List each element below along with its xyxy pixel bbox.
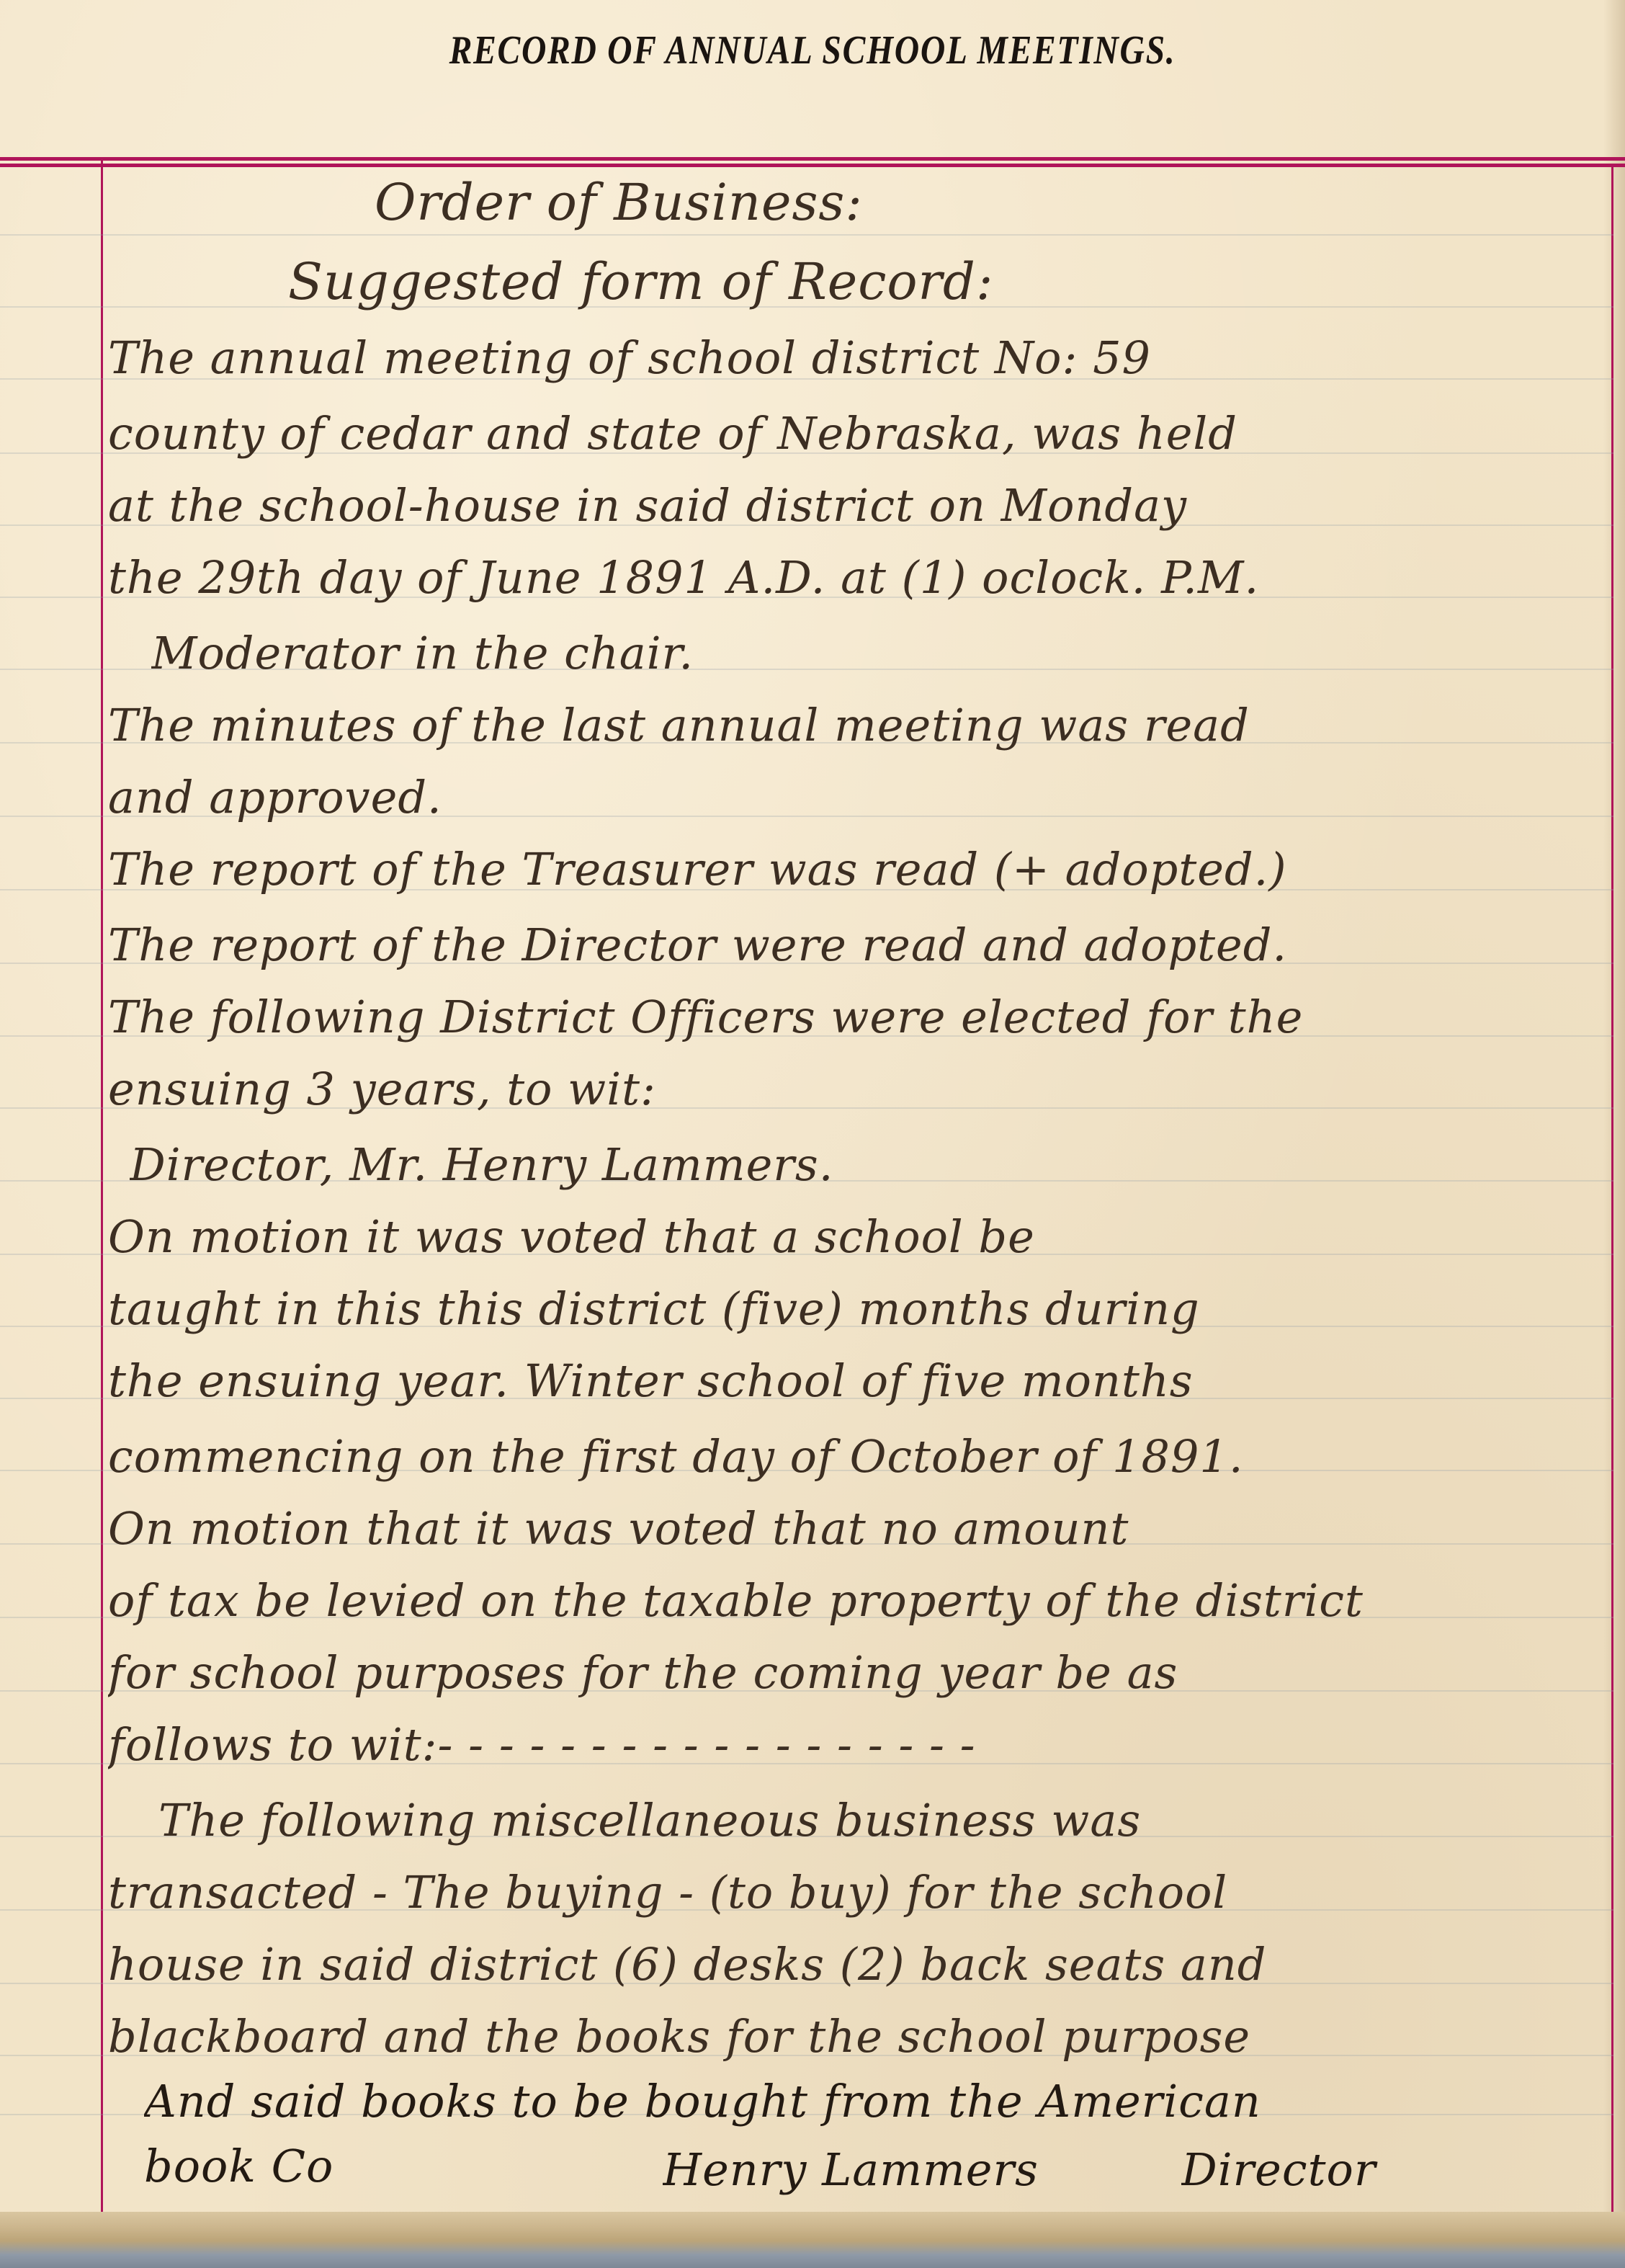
heading-order-of-business: Order of Business:	[375, 173, 1625, 232]
record-line: The minutes of the last annual meeting w…	[108, 699, 1606, 751]
signature-name: Henry Lammers	[663, 2143, 1167, 2196]
record-line: On motion that it was voted that no amou…	[108, 1502, 1606, 1555]
record-line: The report of the Treasurer was read (+ …	[108, 843, 1606, 896]
record-line: house in said district (6) desks (2) bac…	[108, 1938, 1606, 1991]
heading-suggested-form: Suggested form of Record:	[288, 252, 1625, 311]
record-line: Moderator in the chair.	[151, 627, 1625, 679]
record-line: county of cedar and state of Nebraska, w…	[108, 407, 1606, 460]
page-edge-shadow	[1603, 0, 1625, 2226]
record-line: The report of the Director were read and…	[108, 919, 1606, 971]
record-line: the 29th day of June 1891 A.D. at (1) oc…	[108, 551, 1606, 604]
record-line: Director, Mr. Henry Lammers.	[130, 1138, 1625, 1191]
header-rule-bottom	[0, 164, 1625, 167]
ruled-line	[0, 234, 1613, 236]
record-line: of tax be levied on the taxable property…	[108, 1574, 1606, 1627]
ledger-page: RECORD OF ANNUAL SCHOOL MEETINGS. Order …	[0, 0, 1625, 2226]
page-title: RECORD OF ANNUAL SCHOOL MEETINGS.	[122, 27, 1503, 73]
record-line: The following District Officers were ele…	[108, 991, 1606, 1043]
record-line: at the school-house in said district on …	[108, 479, 1606, 532]
record-line: On motion it was voted that a school be	[108, 1210, 1606, 1263]
record-line: transacted - The buying - (to buy) for t…	[108, 1866, 1606, 1919]
left-margin-rule	[101, 160, 103, 2213]
record-line: book Co	[144, 2140, 432, 2192]
record-line: blackboard and the books for the school …	[108, 2010, 1606, 2063]
record-line: ensuing 3 years, to wit:	[108, 1063, 1606, 1115]
record-line: follows to wit:- - - - - - - - - - - - -…	[108, 1718, 1606, 1771]
record-line: And said books to be bought from the Ame…	[144, 2075, 1625, 2128]
record-line: taught in this this district (five) mont…	[108, 1282, 1606, 1335]
header-rule-top	[0, 157, 1625, 161]
record-line: and approved.	[108, 771, 1606, 823]
record-line: commencing on the first day of October o…	[108, 1430, 1606, 1483]
record-line: for school purposes for the coming year …	[108, 1646, 1606, 1699]
record-line: the ensuing year. Winter school of five …	[108, 1354, 1606, 1407]
book-bottom-edge	[0, 2212, 1625, 2268]
record-line: The annual meeting of school district No…	[108, 331, 1606, 384]
record-line: The following miscellaneous business was	[158, 1794, 1625, 1847]
signature-title: Director	[1181, 2143, 1541, 2196]
